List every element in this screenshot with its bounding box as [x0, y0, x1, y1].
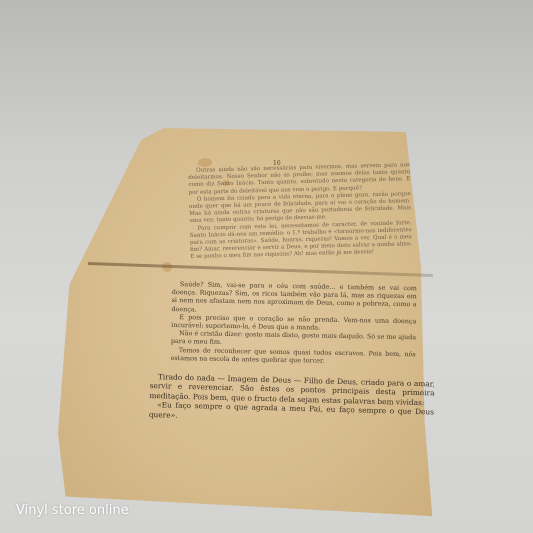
- watermark-text: Vinyl store online: [16, 503, 129, 518]
- paragraph: Saúde? Sim, vai-se para o céu com saúde.…: [171, 280, 417, 317]
- stain-spot: [198, 158, 212, 167]
- text-block-bottom: Tirado do nada — Imagem de Deus — Filho …: [149, 372, 435, 426]
- text-block-middle: Saúde? Sim, vai-se para o céu com saúde.…: [171, 280, 417, 366]
- paragraph: Para cumprir com esta lei, necessitamos …: [190, 220, 413, 262]
- text-block-top: Outras ainda não são necessárias para vi…: [188, 162, 412, 261]
